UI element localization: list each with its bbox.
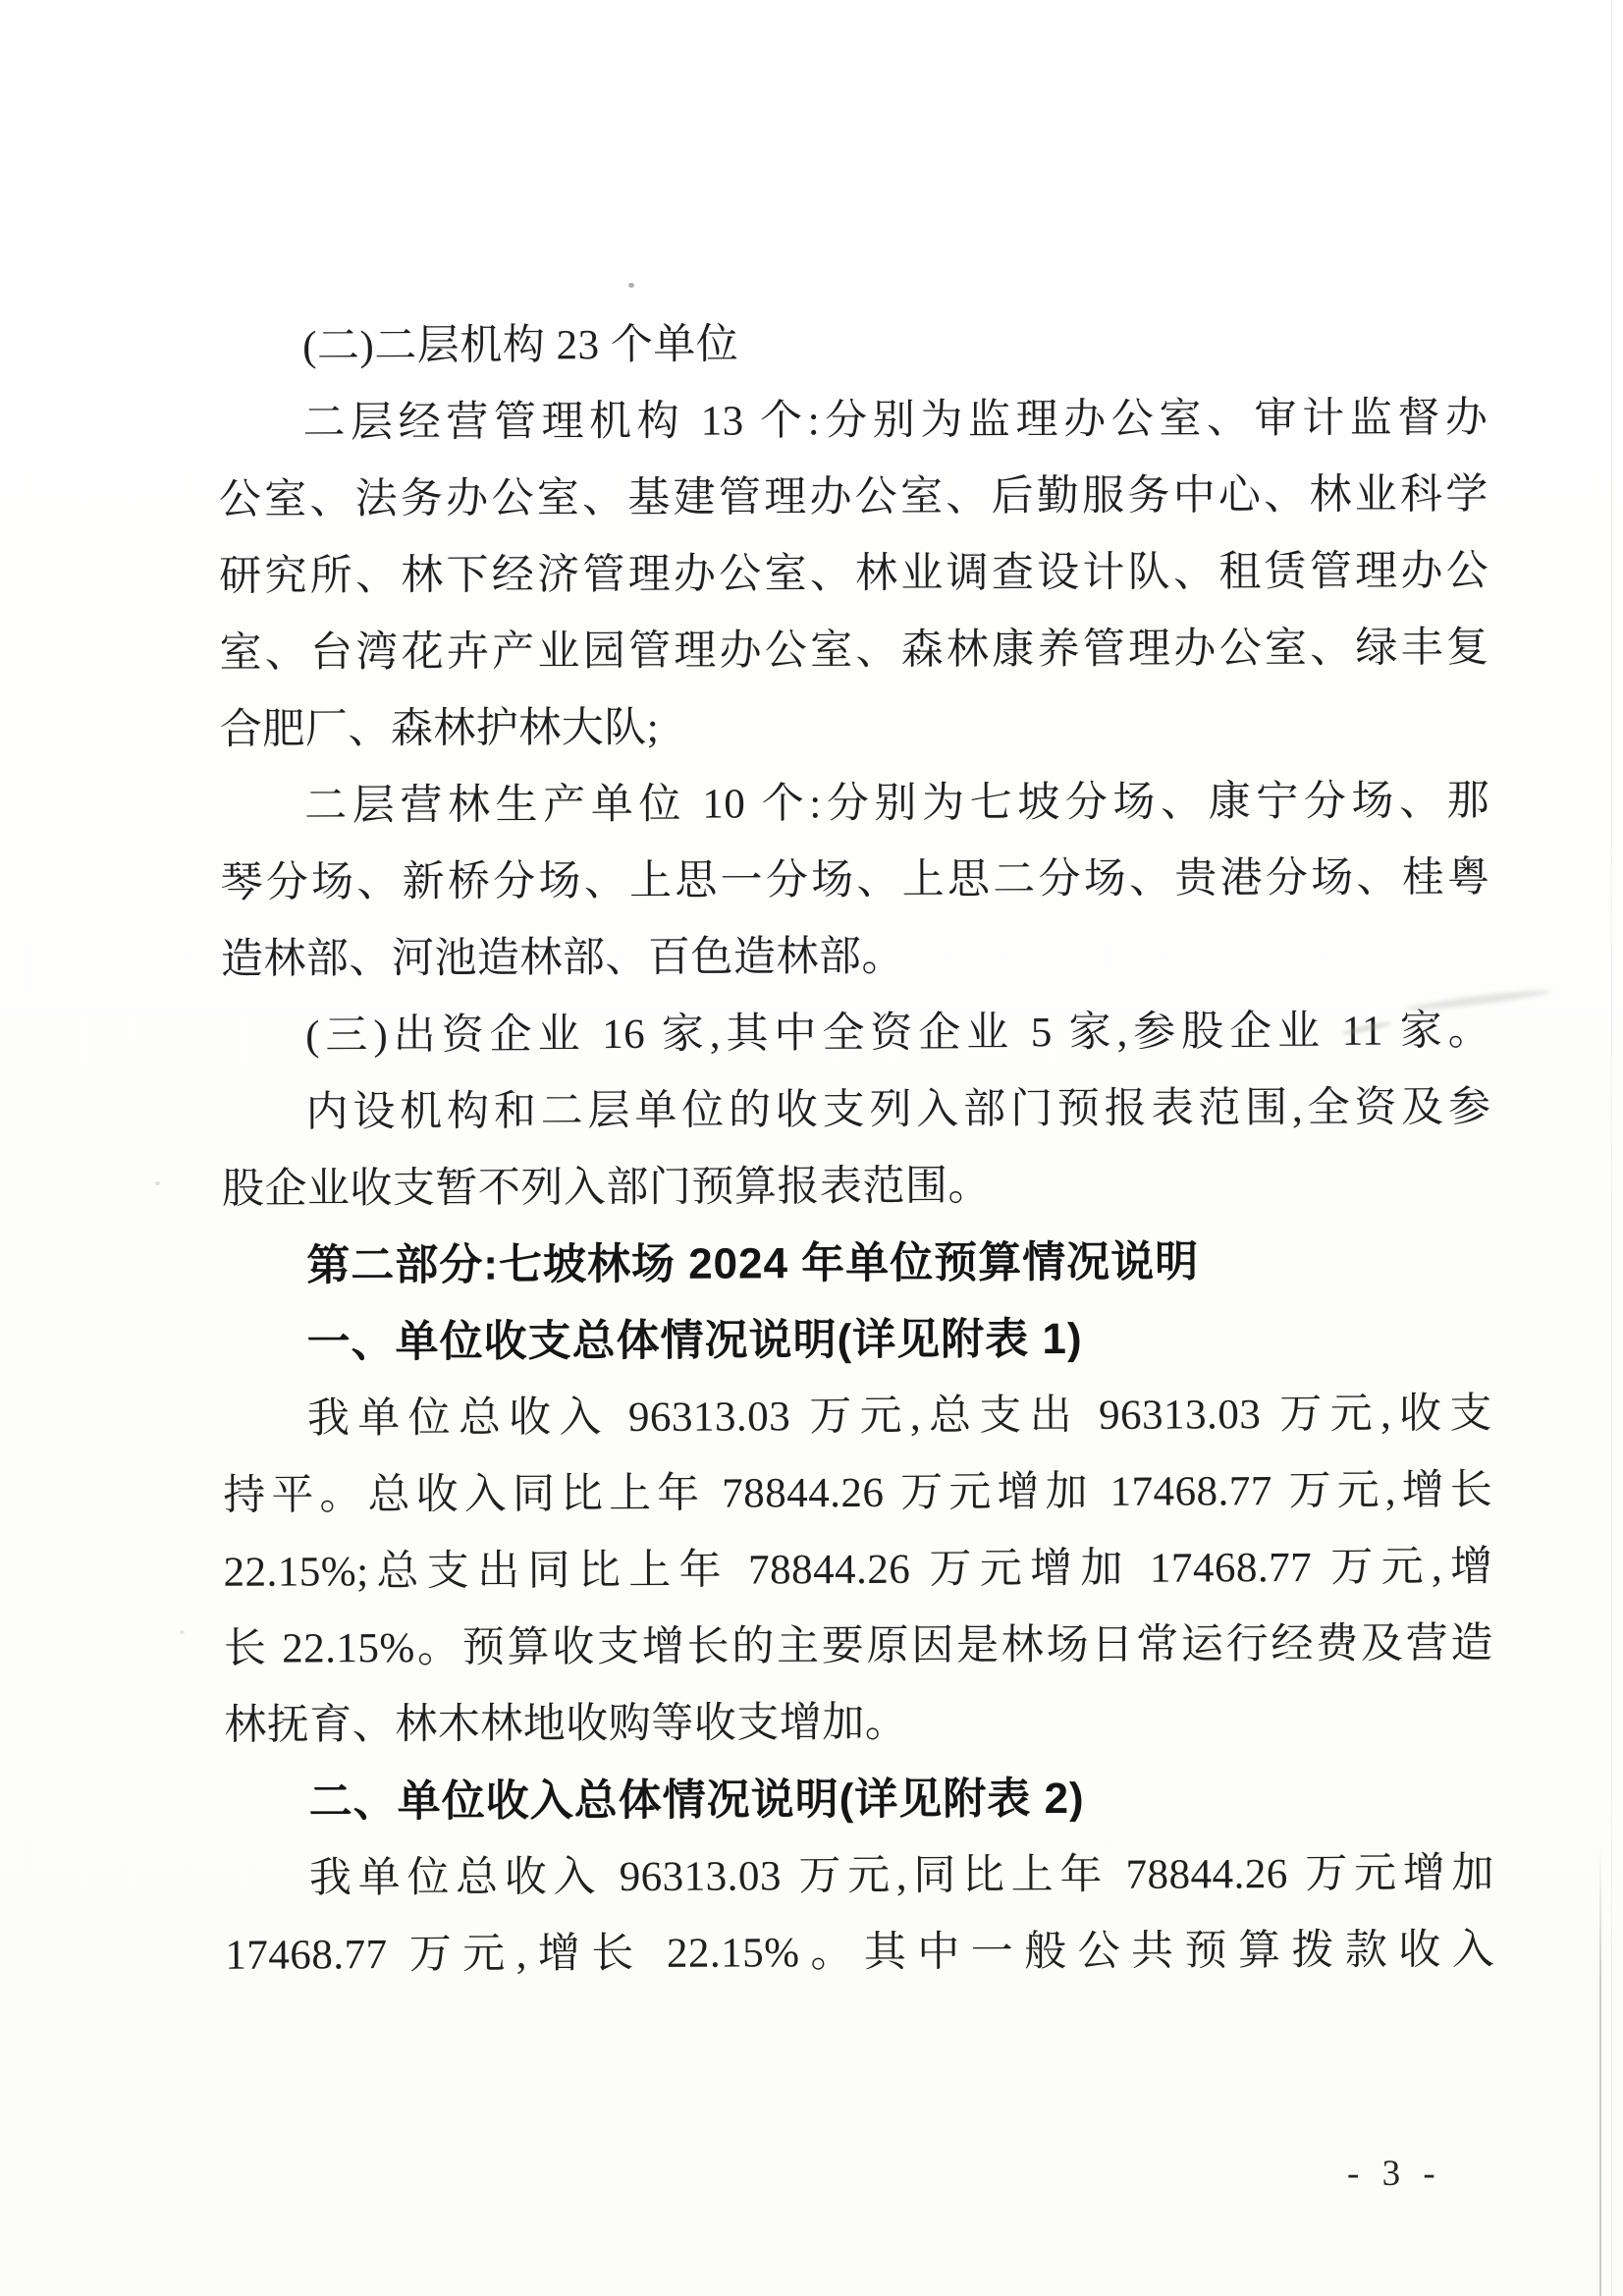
text-line: (二)二层机构 23 个单位: [218, 303, 1488, 386]
text-line: (三)出资企业 16 家,其中全资企业 5 家,参股企业 11 家。: [221, 993, 1490, 1075]
scan-speck: [155, 1181, 160, 1185]
text-line: 室、台湾花卉产业园管理办公室、森林康养管理办公室、绿丰复: [219, 610, 1488, 692]
text-line: 合肥厂、森林护林大队;: [220, 686, 1489, 769]
scanner-edge-line: [1611, 0, 1612, 2296]
text-line: 股企业收支暂不列入部门预算报表范围。: [222, 1146, 1491, 1229]
text-line: 研究所、林下经济管理办公室、林业调查设计队、租赁管理办公: [219, 533, 1488, 616]
text-line: 我单位总收入 96313.03 万元,同比上年 78844.26 万元增加: [225, 1835, 1494, 1918]
document-page: (二)二层机构 23 个单位二层经营管理机构 13 个:分别为监理办公室、审计监…: [0, 0, 1623, 2296]
scanner-edge-line: [1599, 1846, 1601, 2296]
text-line: 长 22.15%。预算收支增长的主要原因是林场日常运行经费及营造: [224, 1606, 1493, 1688]
text-line: 22.15%;总支出同比上年 78844.26 万元增加 17468.77 万元…: [223, 1529, 1492, 1612]
text-line: 一、单位收支总体情况说明(详见附表 1): [222, 1299, 1491, 1382]
text-line: 造林部、河池造林部、百色造林部。: [221, 916, 1490, 999]
page-number: - 3 -: [1347, 2153, 1442, 2196]
text-line: 内设机构和二层单位的收支列入部门预报表范围,全资及参: [221, 1069, 1490, 1152]
scan-speck: [628, 283, 634, 288]
text-line: 公室、法务办公室、基建管理办公室、后勤服务中心、林业科学: [219, 457, 1488, 539]
text-line: 第二部分:七坡林场 2024 年单位预算情况说明: [222, 1223, 1491, 1305]
text-line: 二、单位收入总体情况说明(详见附表 2): [224, 1759, 1493, 1841]
scan-speck: [180, 1630, 185, 1634]
text-line: 17468.77 万元,增长 22.15%。其中一般公共预算拨款收入: [225, 1912, 1494, 1995]
text-line: 琴分场、新桥分场、上思一分场、上思二分场、贵港分场、桂粤: [220, 840, 1489, 922]
text-line: 我单位总收入 96313.03 万元,总支出 96313.03 万元,收支: [223, 1376, 1492, 1458]
text-line: 持平。总收入同比上年 78844.26 万元增加 17468.77 万元,增长: [223, 1452, 1492, 1535]
text-content: (二)二层机构 23 个单位二层经营管理机构 13 个:分别为监理办公室、审计监…: [218, 303, 1494, 1995]
text-line: 二层经营管理机构 13 个:分别为监理办公室、审计监督办: [218, 380, 1488, 463]
text-line: 林抚育、林木林地收购等收支增加。: [224, 1682, 1493, 1765]
text-line: 二层营林生产单位 10 个:分别为七坡分场、康宁分场、那: [220, 763, 1489, 846]
